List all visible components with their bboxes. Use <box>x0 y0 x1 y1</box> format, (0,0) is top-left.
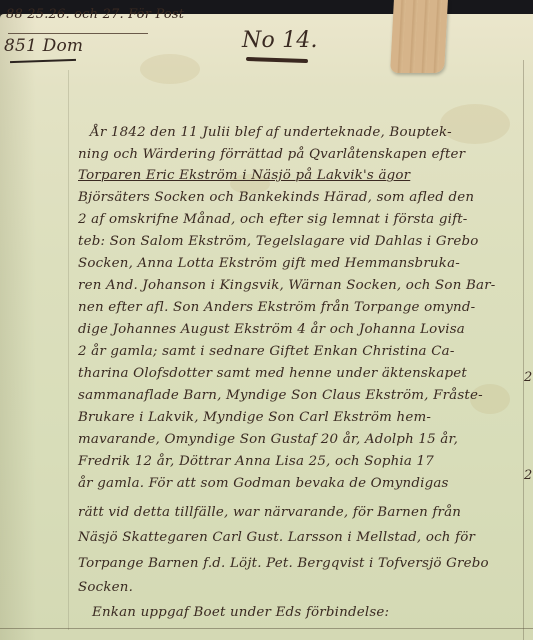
body-line-15: mavarande, Omyndige Son Gustaf 20 år, Ad… <box>78 432 458 447</box>
body-line-11: 2 år gamla; samt i sednare Giftet Enkan … <box>78 344 455 359</box>
dom-reference: 851 Dom <box>4 36 83 56</box>
wooden-clothespin-clip <box>390 0 448 73</box>
body-line-6: teb: Son Salom Ekström, Tegelslagare vid… <box>78 234 479 249</box>
body-line-1: År 1842 den 11 Julii blef af underteknad… <box>90 125 452 140</box>
body-line-4: Björsäters Socken och Bankekinds Härad, … <box>78 190 474 205</box>
margin-line <box>68 70 69 630</box>
margin-note-right-1: 2 <box>524 370 532 385</box>
right-rule-line <box>523 60 524 640</box>
body-line-18: rätt vid detta tillfälle, war närvarande… <box>78 505 461 520</box>
body-line-17: år gamla. För att som Godman bevaka de O… <box>78 476 449 491</box>
reference-underline <box>8 33 148 34</box>
body-line-2: ning och Wärdering förrättad på Qvarlåte… <box>78 147 465 162</box>
body-line-20: Torpange Barnen f.d. Löjt. Pet. Bergqvis… <box>78 556 489 571</box>
reference-line: 88 25.26. och 27. För Post <box>6 7 184 22</box>
body-line-5: 2 af omskrifne Månad, och efter sig lemn… <box>78 212 468 227</box>
body-line-12: tharina Olofsdotter samt med henne under… <box>78 366 467 381</box>
body-line-14: Brukare i Lakvik, Myndige Son Carl Ekstr… <box>78 410 431 425</box>
body-line-3: Torparen Eric Ekström i Näsjö på Lakvik'… <box>78 168 410 183</box>
body-line-21: Socken. <box>78 580 133 595</box>
bottom-rule-line <box>0 628 533 629</box>
body-line-22: Enkan uppgaf Boet under Eds förbindelse: <box>92 605 389 620</box>
body-line-13: sammanaflade Barn, Myndige Son Claus Eks… <box>78 388 483 403</box>
body-line-8: ren And. Johanson i Kingsvik, Wärnan Soc… <box>78 278 496 293</box>
body-line-7: Socken, Anna Lotta Ekström gift med Hemm… <box>78 256 460 271</box>
body-line-16: Fredrik 12 år, Döttrar Anna Lisa 25, och… <box>78 454 434 469</box>
margin-note-right-2: 2 <box>524 468 532 483</box>
body-line-10: dige Johannes August Ekström 4 år och Jo… <box>78 322 465 337</box>
body-line-9: nen efter afl. Son Anders Ekström från T… <box>78 300 475 315</box>
body-line-19: Näsjö Skattegaren Carl Gust. Larsson i M… <box>78 530 475 545</box>
entry-number: No 14. <box>242 28 318 53</box>
paper-stain <box>140 54 200 84</box>
